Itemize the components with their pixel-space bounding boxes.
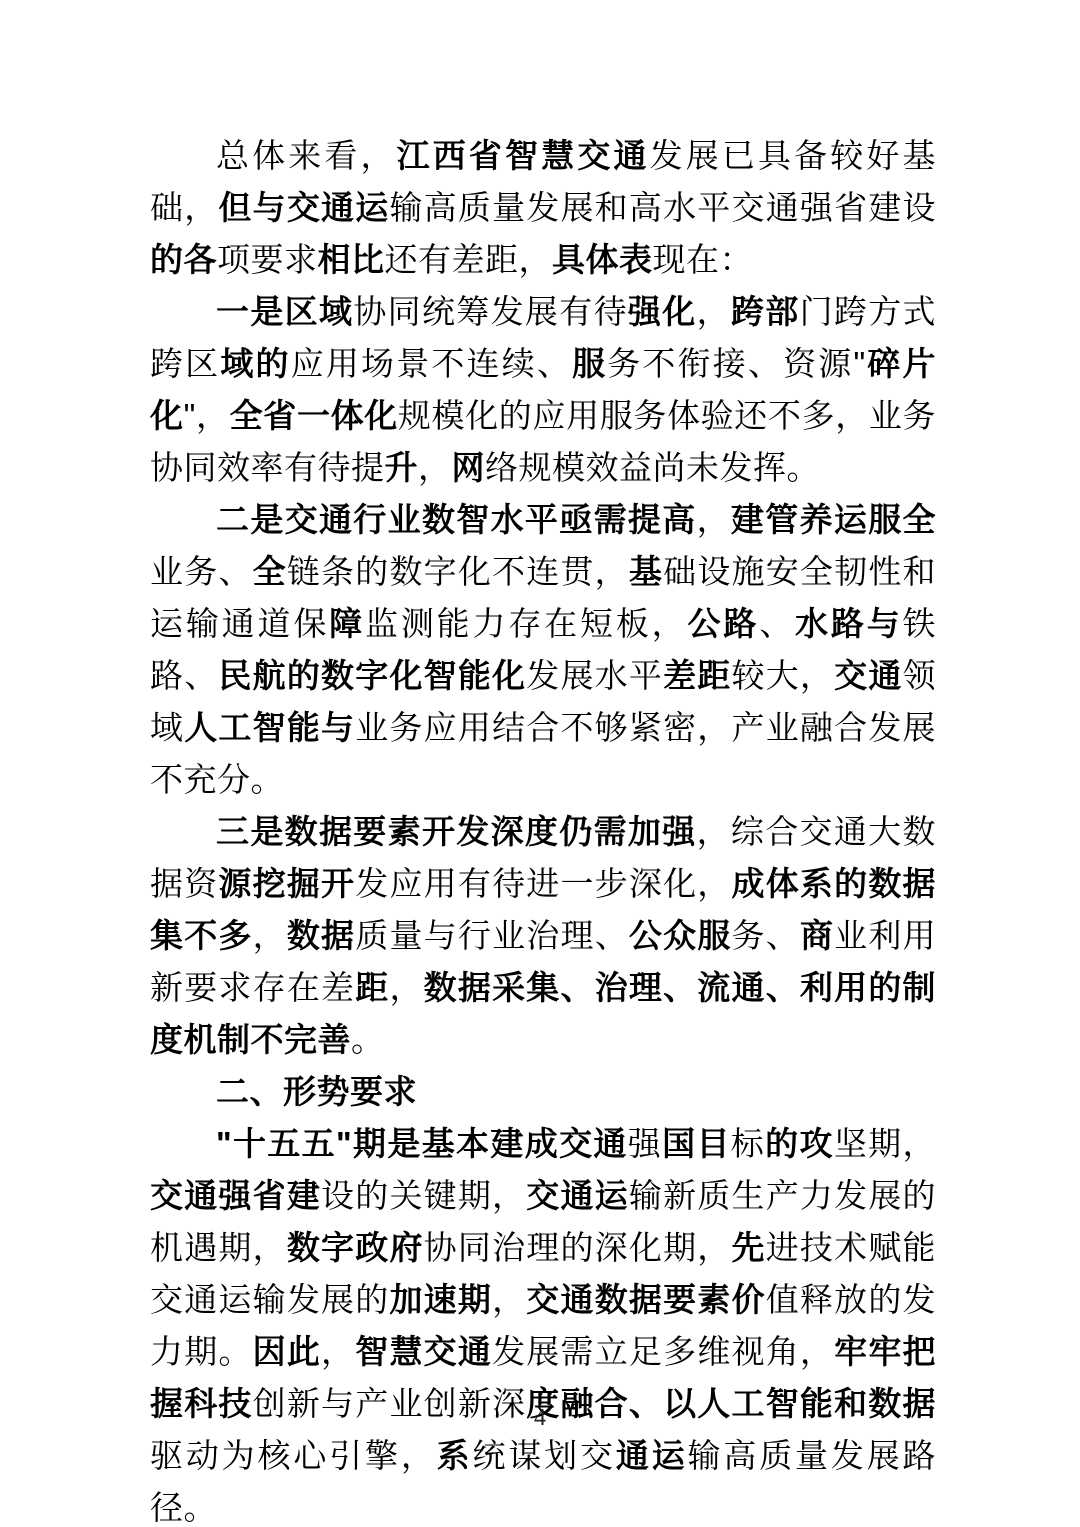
text-run: 统谋划交	[473, 1437, 616, 1474]
text-run: ，	[697, 501, 731, 538]
text-run: 务、	[732, 917, 800, 954]
text-run: 差距	[663, 657, 731, 694]
text-run: 跨部	[731, 293, 800, 330]
text-run: 设的关键期，	[321, 1177, 526, 1214]
text-run: 升	[385, 449, 419, 486]
para-issue-2: 二是交通行业数智水平亟需提高，建管养运服全业务、全链条的数字化不连贯，基础设施安…	[150, 494, 936, 806]
text-run: 现在：	[653, 241, 754, 278]
text-run: 、	[759, 605, 795, 642]
text-run: 人工智能与	[184, 709, 355, 746]
text-run: 交通强省建	[150, 1177, 321, 1214]
text-run: 的各	[150, 241, 217, 278]
text-run: 智慧交通	[355, 1333, 492, 1370]
text-run: ，	[418, 449, 452, 486]
text-run: 全省一体化	[230, 397, 398, 434]
text-run: 应用场景不连续、	[291, 345, 572, 382]
text-run: 民航的数字化智能化	[218, 657, 526, 694]
text-run: 协同统筹发展有待	[353, 293, 628, 330]
text-run: 先	[732, 1229, 766, 1266]
text-run: 二是交通行业数智水平亟需提高	[216, 501, 697, 538]
text-run: 监测能力存在短板，	[365, 605, 688, 642]
text-run: 江西省智慧交通	[397, 137, 650, 174]
text-run: 相比	[318, 241, 385, 278]
text-run: 水路与	[795, 605, 903, 642]
text-run: ，	[697, 293, 731, 330]
heading-section-2: 二、形势要求	[150, 1066, 936, 1118]
text-run: 公路	[688, 605, 760, 642]
text-run: 加速期	[389, 1281, 492, 1318]
text-run: 一是区域	[216, 293, 353, 330]
text-run: 还有差距，	[385, 241, 553, 278]
text-run: 建管养运服全	[731, 501, 936, 538]
text-run: 二、形势要求	[216, 1073, 417, 1110]
text-run: 系	[437, 1437, 473, 1474]
text-run: 发展水平	[526, 657, 663, 694]
text-run: 障	[329, 605, 365, 642]
text-run: ，	[492, 1281, 526, 1318]
text-run: 强化	[628, 293, 697, 330]
text-run: 交通数据要素价	[526, 1281, 765, 1318]
para-situation: "十五五"期是基本建成交通强国目标的攻坚期，交通强省建设的关键期，交通运输新质生…	[150, 1118, 936, 1527]
text-run: 但与交通运	[218, 189, 389, 226]
text-run: 标	[731, 1125, 765, 1162]
text-run: 服	[572, 345, 607, 382]
text-run: 协同治理的深化期，	[424, 1229, 732, 1266]
text-run: 全	[253, 553, 287, 590]
text-run: 距	[355, 969, 389, 1006]
text-run: 。	[351, 1021, 385, 1058]
text-run: 务不衔接、资源"	[607, 345, 865, 382]
para-issue-3: 三是数据要素开发深度仍需加强，综合交通大数据资源挖掘开发应用有待进一步深化，成体…	[150, 806, 936, 1066]
text-run: 基	[629, 553, 663, 590]
text-run: 源挖掘开	[218, 865, 355, 902]
text-run: 通运	[616, 1437, 688, 1474]
text-run: 强	[628, 1125, 662, 1162]
text-run: 较大，	[732, 657, 835, 694]
text-run: 三是数据要素开发深度仍需加强	[216, 813, 697, 850]
text-run: 网	[452, 449, 486, 486]
text-run: "，	[184, 397, 230, 434]
text-run: ，	[321, 1333, 355, 1370]
text-run: ，	[253, 917, 287, 954]
text-run: 业务、	[150, 553, 253, 590]
para-overview: 总体来看，江西省智慧交通发展已具备较好基础，但与交通运输高质量发展和高水平交通强…	[150, 130, 936, 286]
text-run: 交通运	[526, 1177, 629, 1214]
text-run: 发应用有待进一步深化，	[355, 865, 731, 902]
text-run: 国目	[662, 1125, 731, 1162]
text-run: 坚期，	[834, 1125, 936, 1162]
text-run: 因此	[253, 1333, 321, 1370]
text-run: 络规模效益尚未发挥。	[485, 449, 820, 486]
text-run: 发展需立足多维视角，	[492, 1333, 834, 1370]
text-run: 质量与行业治理、	[355, 917, 629, 954]
text-run: 链条的数字化不连贯，	[287, 553, 629, 590]
page-number: 4	[0, 1405, 1080, 1432]
text-run: ，	[389, 969, 423, 1006]
document-page: 总体来看，江西省智慧交通发展已具备较好基础，但与交通运输高质量发展和高水平交通强…	[0, 0, 1080, 1527]
text-run: 驱动为核心引擎，	[150, 1437, 437, 1474]
para-issue-1: 一是区域协同统筹发展有待强化，跨部门跨方式跨区域的应用场景不连续、服务不衔接、资…	[150, 286, 936, 494]
text-run: 项要求	[217, 241, 318, 278]
text-run: 商	[800, 917, 834, 954]
text-run: 域的	[220, 345, 290, 382]
text-run: 总体来看，	[216, 137, 397, 174]
document-body: 总体来看，江西省智慧交通发展已具备较好基础，但与交通运输高质量发展和高水平交通强…	[150, 130, 936, 1527]
text-run: 公众服	[629, 917, 732, 954]
text-run: 数字政府	[287, 1229, 424, 1266]
text-run: 数据	[287, 917, 355, 954]
text-run: 交通	[834, 657, 902, 694]
text-run: "十五五"期是基本建成交通	[216, 1125, 628, 1162]
text-run: 具体表	[552, 241, 653, 278]
text-run: 的攻	[765, 1125, 834, 1162]
text-run: 输高质量发展和高水平交通强省建设	[389, 189, 936, 226]
